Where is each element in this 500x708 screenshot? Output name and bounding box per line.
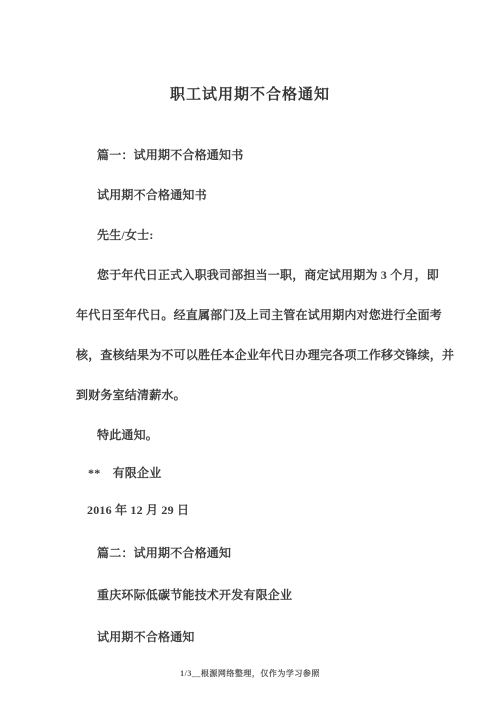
paragraph-line: 先生/女士: [76, 227, 450, 243]
signature-line: ** 有限企业 [76, 465, 450, 481]
paragraph-line: 重庆环际低碳节能技术开发有限企业 [76, 587, 450, 603]
paragraph-line: 特此通知。 [76, 427, 450, 443]
paragraph-line: 试用期不合格通知 [76, 629, 450, 645]
paragraph-line: 年代日至年代日。经直属部门及上司主管在试用期内对您进行全面考 [76, 307, 450, 323]
document-body: 篇一：试用期不合格通知书 试用期不合格通知书 先生/女士: 您于年代日正式入职我… [76, 147, 450, 645]
paragraph-line: 篇二：试用期不合格通知 [76, 545, 450, 561]
paragraph-line: 到财务室结清薪水。 [76, 387, 450, 403]
document-title: 职工试用期不合格通知 [0, 0, 500, 105]
paragraph-line: 核，查核结果为不可以胜任本企业年代日办理完各项工作移交锋续，并 [76, 347, 450, 363]
paragraph-line: 试用期不合格通知书 [76, 187, 450, 203]
paragraph-line: 篇一：试用期不合格通知书 [76, 147, 450, 163]
date-line: 2016 年 12 月 29 日 [76, 502, 450, 518]
page-footer: 1/3__根源网络整理，仅作为学习参照 [0, 669, 500, 679]
document-page: 职工试用期不合格通知 篇一：试用期不合格通知书 试用期不合格通知书 先生/女士:… [0, 0, 500, 708]
paragraph-line: 您于年代日正式入职我司部担当一职，商定试用期为 3 个月，即 [76, 267, 450, 283]
